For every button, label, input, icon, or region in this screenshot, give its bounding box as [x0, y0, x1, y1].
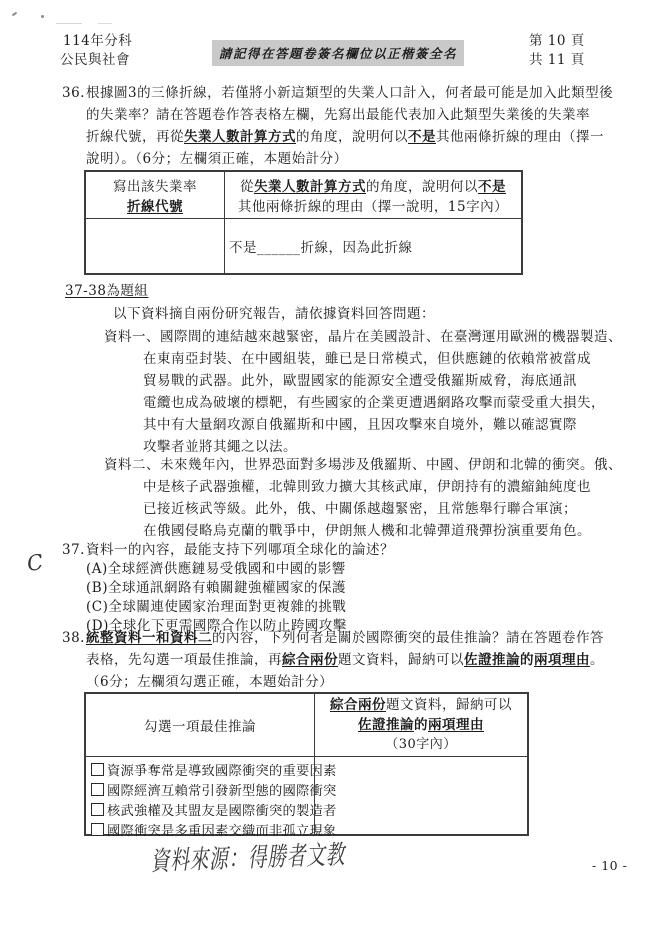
exam-year: 114年分科	[63, 33, 132, 50]
source1-line3: 貿易戰的武器。此外，歐盟國家的能源安全遭受俄羅斯威脅，海底通訊	[143, 373, 577, 390]
q38-option-row: 國際經濟互賴常引發新型態的國際衝突	[91, 782, 314, 802]
q36-number: 36.	[62, 85, 85, 102]
q38-answer-table: 勾選一項最佳推論 綜合兩份題文資料，歸納可以 佐證推論的兩項理由 （30字內） …	[84, 692, 529, 836]
q38-right-header-line3: （30字內）	[385, 735, 457, 755]
page-number: - 10 -	[592, 857, 627, 874]
checkbox[interactable]	[91, 783, 104, 796]
source1-line5: 其中有大量網攻源自俄羅斯和中國，且因攻擊來自境外，難以確認實際	[143, 417, 577, 434]
q38-right-header-line2: 佐證推論的兩項理由	[358, 715, 484, 735]
q37-option-b: (B)全球通訊網路有賴關鍵強權國家的保護	[86, 580, 346, 597]
q36-answer-reason-cell: 不是______折線，因為此折線	[224, 219, 521, 273]
source1-label: 資料一、	[104, 329, 160, 345]
question-group-title: 37-38為題組	[65, 283, 148, 300]
q36-answer-code-cell	[86, 219, 224, 273]
q36-table-right-header-line2: 其他兩條折線的理由（擇一說明，15字內）	[238, 195, 508, 215]
handwritten-answer-mark: C	[25, 550, 45, 576]
q37-stem: 資料一的內容，最能支持下列哪項全球化的論述？	[86, 542, 394, 559]
q38-table-right-header: 綜合兩份題文資料，歸納可以 佐證推論的兩項理由 （30字內）	[314, 694, 527, 756]
q38-right-header-line1: 綜合兩份題文資料，歸納可以	[330, 695, 512, 715]
q38-reasons-answer-cell	[314, 757, 527, 835]
q38-option-label: 國際經濟互賴常引發新型態的國際衝突	[107, 784, 336, 799]
group-intro: 以下資料摘自兩份研究報告，請依據資料回答問題：	[113, 306, 435, 323]
source2-line3: 已接近核武等級。此外，俄、中關係越趨緊密，且常態舉行聯合軍演；	[143, 501, 577, 518]
q38-option-row: 核武強權及其盟友是國際衝突的製造者	[91, 802, 314, 822]
scan-mark	[41, 15, 44, 18]
q36-answer-template: 不是______折線，因為此折線	[229, 236, 413, 256]
checkbox[interactable]	[91, 763, 104, 776]
exam-subject: 公民與社會	[60, 52, 130, 69]
q36-table-right-header: 從失業人數計算方式的角度，說明何以不是 其他兩條折線的理由（擇一說明，15字內）	[224, 172, 521, 218]
q37-option-a: (A)全球經濟供應鏈易受俄國和中國的影響	[86, 561, 346, 578]
q38-table-left-header: 勾選一項最佳推論	[86, 694, 314, 756]
source2-text1: 未來幾年內，世界恐面對多場涉及俄羅斯、中國、伊朗和北韓的衝突。俄、	[160, 457, 622, 473]
scan-mark	[12, 12, 17, 17]
q38-option-row: 資源爭奪常是導致國際衝突的重要因素	[91, 762, 314, 782]
source1-text1: 國際間的連結越來越緊密，晶片在美國設計、在臺灣運用歐洲的機器製造、	[160, 329, 622, 345]
source2-paragraph-line1: 資料二、未來幾年內，世界恐面對多場涉及俄羅斯、中國、伊朗和北韓的衝突。俄、	[104, 457, 622, 474]
q38-line3: （6分；左欄須勾選正確，本題始計分）	[86, 674, 333, 691]
source1-paragraph-line1: 資料一、國際間的連結越來越緊密，晶片在美國設計、在臺灣運用歐洲的機器製造、	[104, 329, 622, 346]
source2-label: 資料二、	[104, 457, 160, 473]
q36-table-right-header-line1: 從失業人數計算方式的角度，說明何以不是	[240, 175, 506, 195]
source1-line2: 在東南亞封裝、在中國組裝，雖已是日常模式，但供應鏈的依賴常被當成	[143, 351, 591, 368]
signature-notice: 請記得在答題卷簽名欄位以正楷簽全名	[212, 40, 464, 66]
source1-line4: 電纜也成為破壞的標靶，有些國家的企業更遭遇網路攻擊而蒙受重大損失，	[143, 395, 605, 412]
q38-line1: 統整資料一和資料二的內容，下列何者是關於國際衝突的最佳推論？請在答題卷作答	[86, 630, 604, 647]
scan-mark	[56, 23, 82, 24]
q36-line2: 的失業率？請在答題卷作答表格左欄，先寫出最能代表加入此類型失業後的失業率	[86, 107, 590, 124]
checkbox[interactable]	[91, 823, 104, 836]
scan-mark	[98, 23, 112, 24]
q36-line4: 說明）。（6分；左欄須正確，本題始計分）	[86, 151, 348, 168]
source2-line2: 中是核子武器強權，北韓則致力擴大其核武庫，伊朗持有的濃縮鈾純度也	[143, 479, 591, 496]
q37-number: 37.	[62, 542, 85, 559]
checkbox[interactable]	[91, 803, 104, 816]
handwritten-source-note: 資料來源：得勝者文教	[150, 834, 346, 878]
q36-answer-table: 寫出該失業率折線代號 從失業人數計算方式的角度，說明何以不是 其他兩條折線的理由…	[84, 170, 523, 275]
page-label: 第 10 頁	[529, 33, 585, 50]
q38-line2: 表格，先勾選一項最佳推論，再綜合兩份題文資料，歸納可以佐證推論的兩項理由。	[86, 652, 604, 669]
q38-option-label: 資源爭奪常是導致國際衝突的重要因素	[107, 764, 336, 779]
q38-inference-options-cell: 資源爭奪常是導致國際衝突的重要因素 國際經濟互賴常引發新型態的國際衝突 核武強權…	[86, 757, 314, 835]
total-pages-label: 共 11 頁	[529, 52, 585, 69]
q37-option-c: (C)全球關連使國家治理面對更複雜的挑戰	[86, 599, 346, 616]
q36-line1: 根據圖3的三條折線，若僅將小新這類型的失業人口計入，何者最可能是加入此類型後	[86, 85, 613, 102]
q38-number: 38.	[62, 630, 85, 647]
q36-line3: 折線代號，再從失業人數計算方式的角度，說明何以不是其他兩條折線的理由（擇一	[86, 129, 604, 146]
q38-option-label: 核武強權及其盟友是國際衝突的製造者	[107, 804, 336, 819]
q36-table-left-header: 寫出該失業率折線代號	[86, 172, 224, 218]
source1-line6: 攻擊者並將其繩之以法。	[143, 439, 297, 456]
source2-line4: 在俄國侵略烏克蘭的戰爭中，伊朗無人機和北韓彈道飛彈扮演重要角色。	[143, 523, 591, 540]
